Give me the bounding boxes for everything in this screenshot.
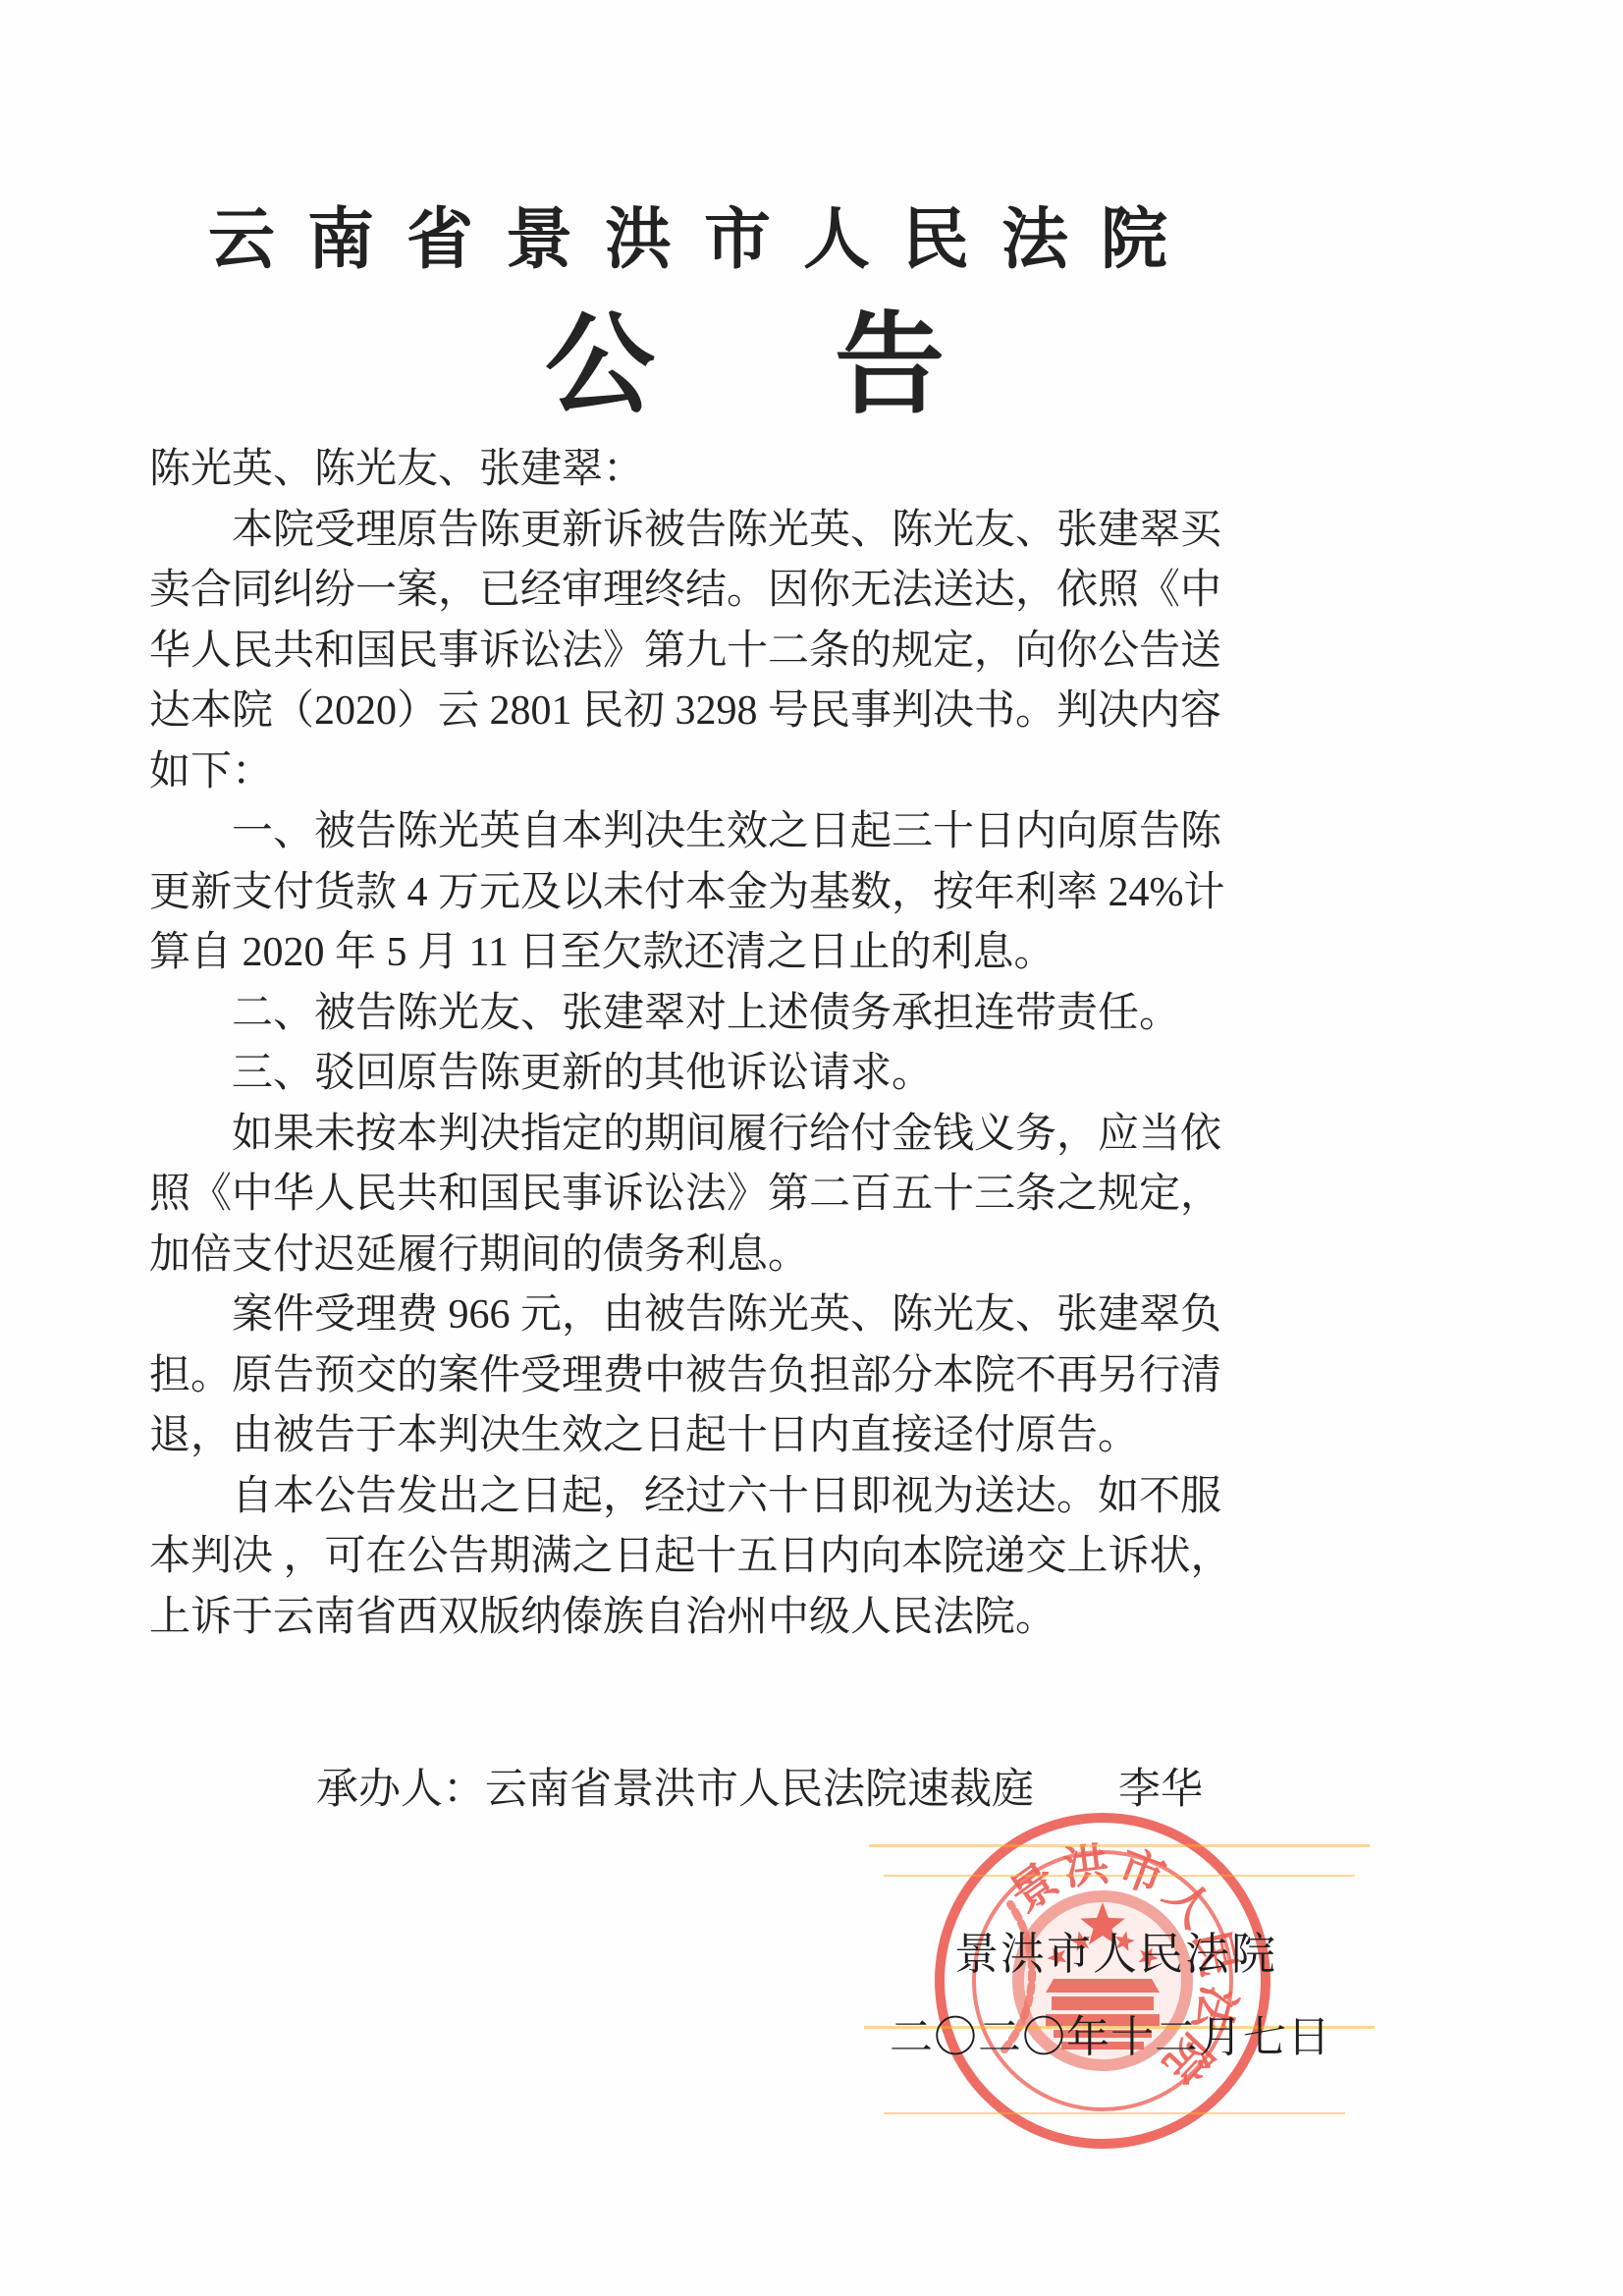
scan-streak [884,2112,1345,2114]
announcement-document: 云南省景洪市人民法院 公告 陈光英、陈光友、张建翠： 本院受理原告陈更新诉被告陈… [0,0,1623,2296]
body-line: 退，由被告于本判决生效之日起十日内直接迳付原告。 [149,1406,1229,1467]
court-name-title: 云南省景洪市人民法院 [208,187,1200,282]
body-line: 案件受理费 966 元，由被告陈光英、陈光友、张建翠负 [149,1285,1229,1346]
body-line: 加倍支付迟延履行期间的债务利息。 [149,1226,1229,1286]
scan-streak [869,1844,1370,1847]
scan-streak [884,1875,1355,1877]
body-line: 上诉于云南省西双版纳傣族自治州中级人民法院。 [149,1588,1229,1649]
body-line: 如果未按本判决指定的期间履行给付金钱义务，应当依 [149,1105,1229,1166]
announcement-date: 二〇二〇年十二月七日 [890,2001,1331,2064]
body-line: 二、被告陈光友、张建翠对上述债务承担连带责任。 [149,984,1229,1045]
announcement-title: 公告 [545,277,1124,435]
body-line: 三、驳回原告陈更新的其他诉讼请求。 [149,1044,1229,1105]
body-line: 如下： [149,742,1229,803]
body-line: 一、被告陈光英自本判决生效之日起三十日内向原告陈 [149,802,1229,863]
seal-court-name: 景洪市人民法院 [954,1918,1277,1982]
body-line: 更新支付货款 4 万元及以未付本金为基数，按年利率 24%计 [149,863,1229,924]
body-line: 卖合同纠纷一案，已经审理终结。因你无法送达，依照《中 [149,561,1229,622]
body-line: 本院受理原告陈更新诉被告陈光英、陈光友、张建翠买 [149,501,1229,562]
body-line: 自本公告发出之日起，经过六十日即视为送达。如不服 [149,1467,1229,1528]
body-line: 担。原告预交的案件受理费中被告负担部分本院不再另行清 [149,1346,1229,1407]
announcement-body: 陈光英、陈光友、张建翠： 本院受理原告陈更新诉被告陈光英、陈光友、张建翠买 卖合… [149,440,1229,1648]
body-line: 达本院（2020）云 2801 民初 3298 号民事判决书。判决内容 [149,682,1229,742]
addressee-line: 陈光英、陈光友、张建翠： [149,440,1229,501]
body-line: 本判决 ，可在公告期满之日起十五日内向本院递交上诉状， [149,1527,1229,1588]
body-line: 算自 2020 年 5 月 11 日至欠款还清之日止的利息。 [149,923,1229,984]
body-line: 华人民共和国民事诉讼法》第九十二条的规定，向你公告送 [149,622,1229,683]
body-line: 照《中华人民共和国民事诉讼法》第二百五十三条之规定， [149,1165,1229,1226]
